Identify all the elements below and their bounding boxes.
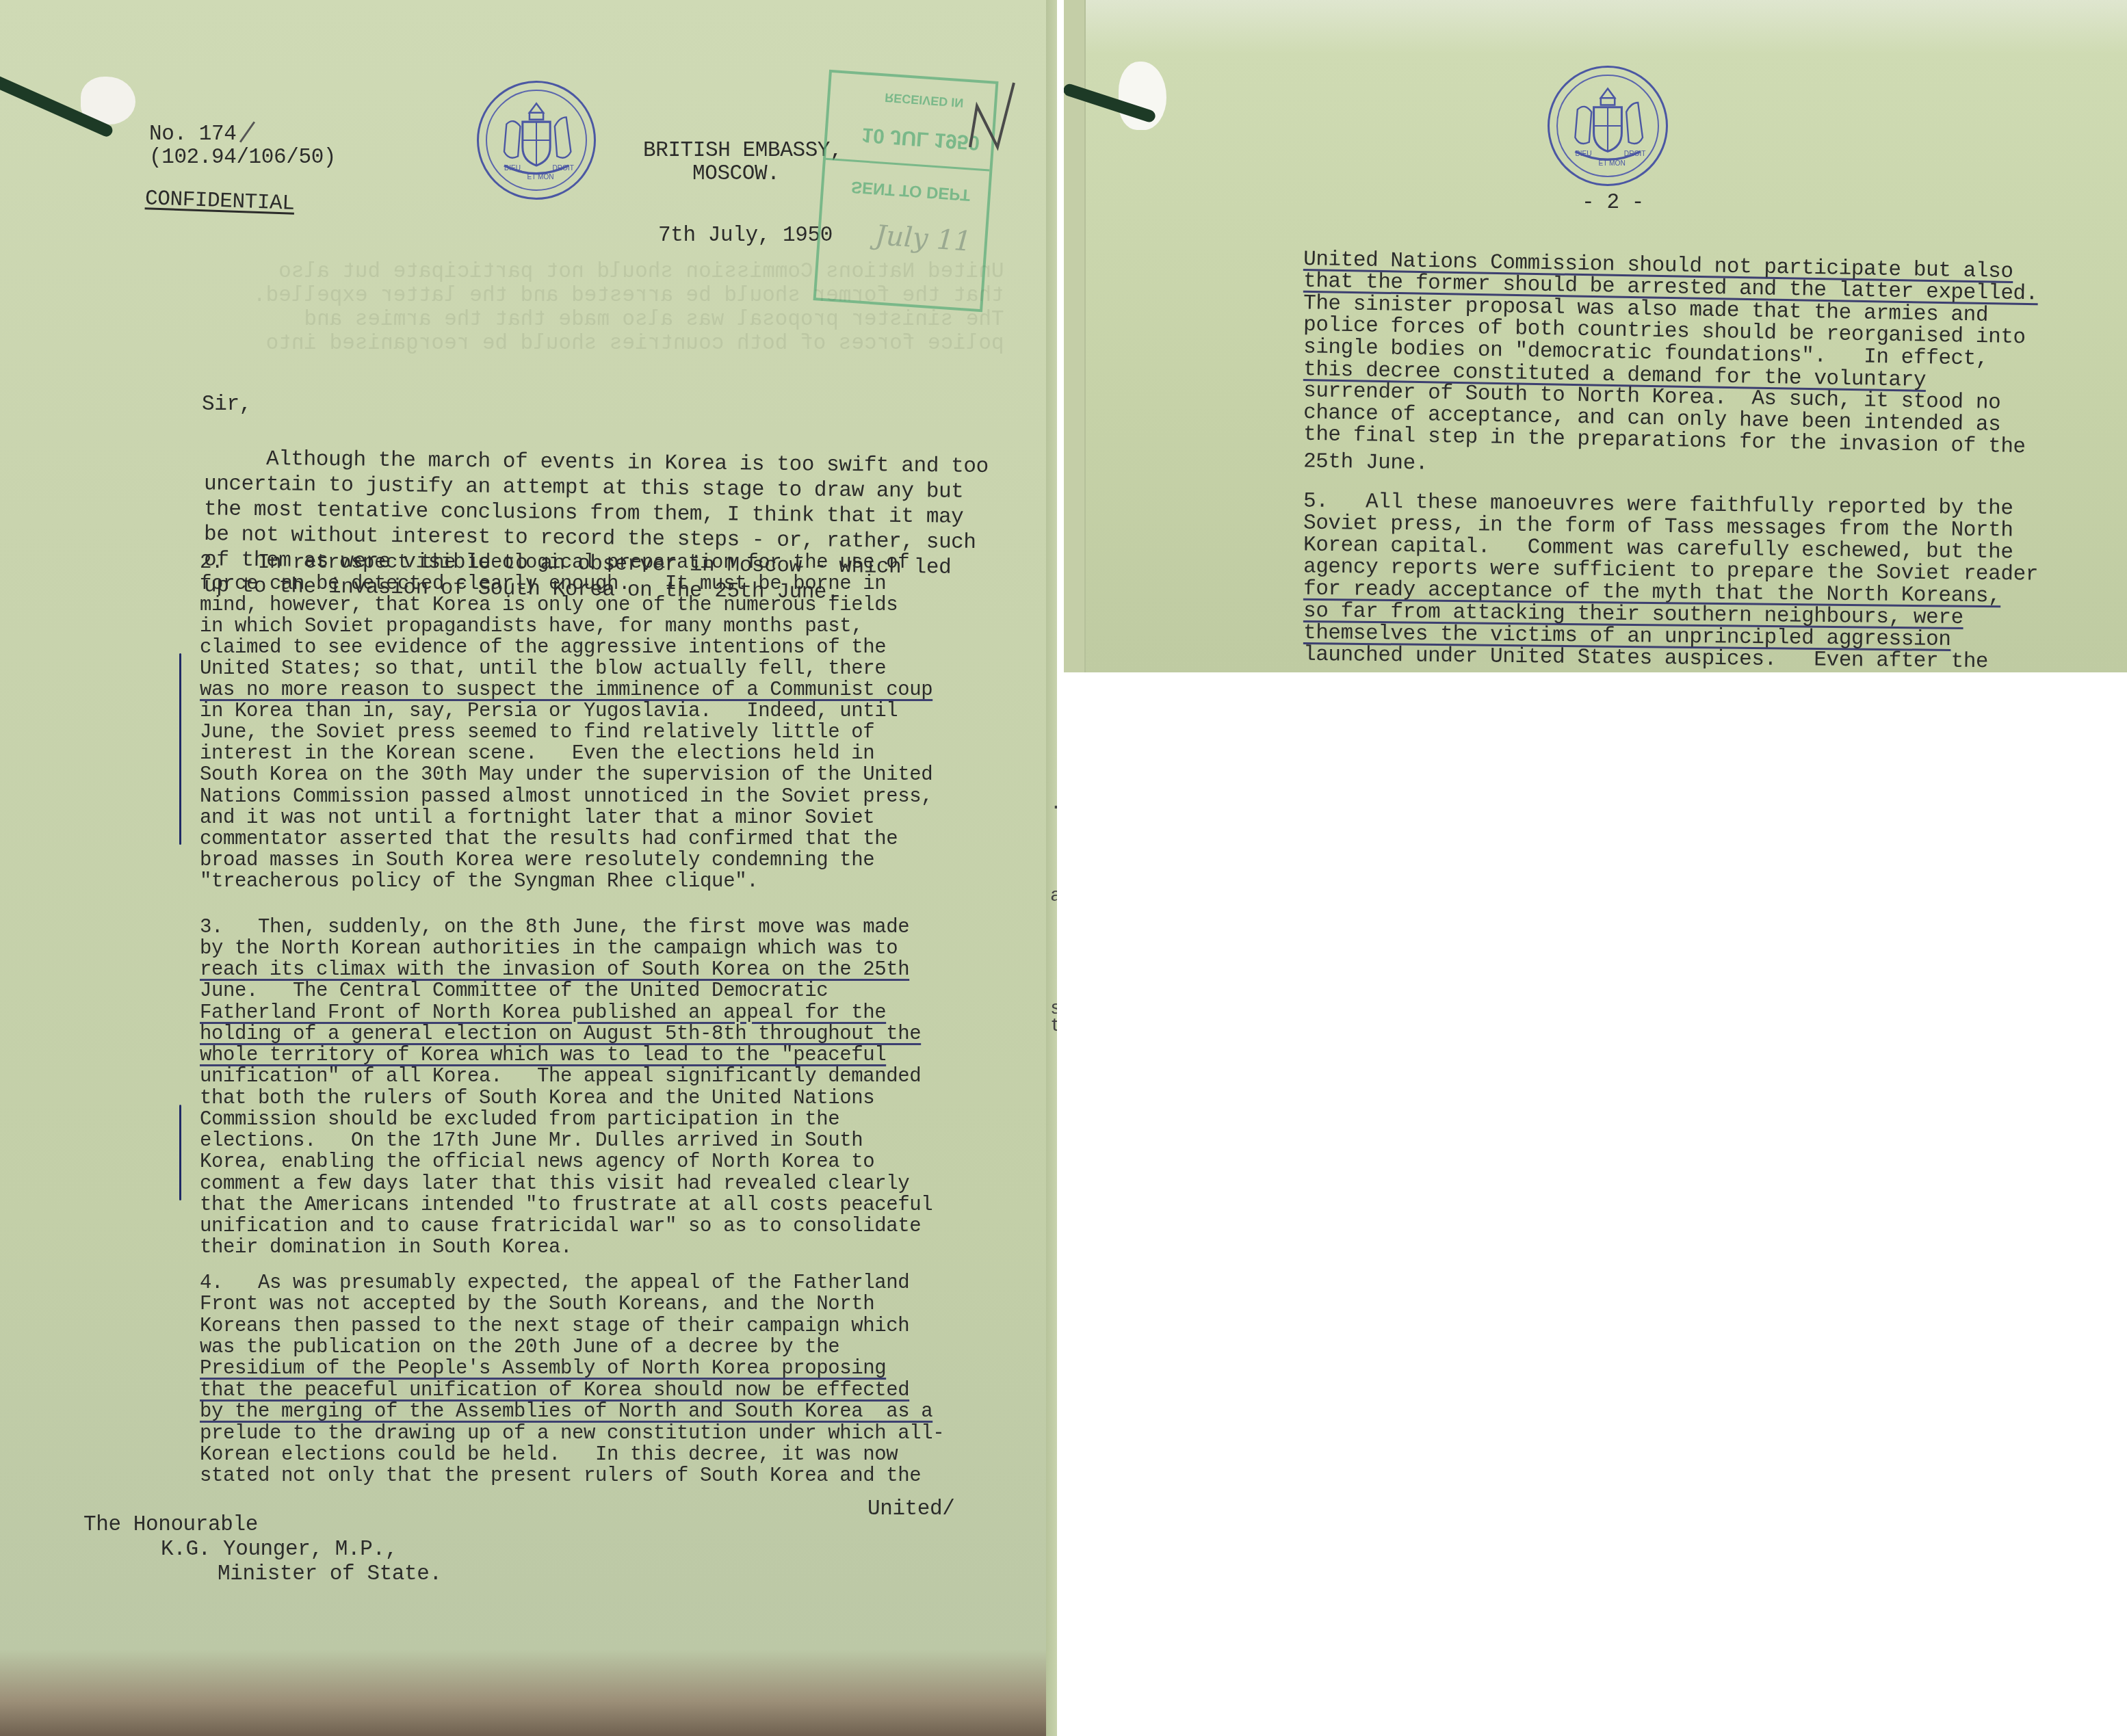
margin-sideline-mark [179, 653, 181, 845]
tick-mark [239, 121, 255, 142]
svg-text:DIEU: DIEU [1575, 150, 1591, 158]
svg-text:DROIT: DROIT [1624, 150, 1646, 158]
catchword: United/ [867, 1498, 954, 1521]
svg-text:DIEU: DIEU [504, 165, 521, 172]
addressee-line-2: K.G. Younger, M.P., [161, 1538, 397, 1562]
pencil-initial-mark [965, 79, 1019, 154]
page-edge [1046, 0, 1057, 1736]
svg-text:ET MON: ET MON [527, 174, 554, 181]
addressee-line-1: The Honourable [83, 1514, 258, 1537]
addressee-line-3: Minister of State. [218, 1563, 442, 1586]
svg-text:DROIT: DROIT [553, 165, 574, 172]
salutation: Sir, [202, 393, 252, 417]
reference-number: No. 174 [149, 123, 236, 146]
sender-city: MOSCOW. [692, 163, 779, 186]
letter-date: 7th July, 1950 [658, 224, 833, 248]
letter-page-2: DIEU ET MON DROIT - 2 - United Nations C… [1064, 0, 2127, 672]
page-number: - 2 - [1582, 192, 1644, 215]
margin-fragment: a [1050, 886, 1057, 907]
classification-label: CONFIDENTIAL [144, 187, 294, 216]
svg-text:ET MON: ET MON [1598, 160, 1625, 168]
royal-crest-icon: DIEU ET MON DROIT [477, 81, 596, 200]
sender-embassy: BRITISH EMBASSY, [643, 140, 842, 163]
show-through-text: United Nations Commission should not par… [253, 260, 1004, 356]
file-reference: (102.94/106/50) [149, 146, 336, 170]
margin-sideline-mark [179, 1105, 181, 1200]
letter-page-1: DIEU ET MON DROIT No. 174 (102.94/106/50… [0, 0, 1057, 1736]
margin-fragment: .c [1050, 793, 1057, 815]
royal-crest-icon: DIEU ET MON DROIT [1548, 66, 1668, 186]
margin-fragment: t [1050, 1016, 1057, 1037]
